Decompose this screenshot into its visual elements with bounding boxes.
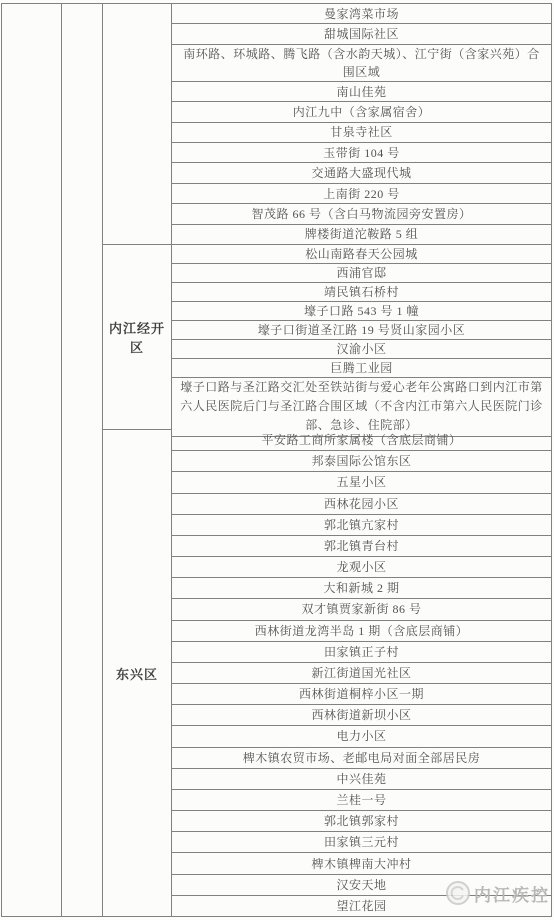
table-row: 椑木镇农贸市场、老邮电局对面全部居民房: [172, 748, 551, 769]
location-column: 曼家湾菜市场甜城国际社区南环路、环城路、腾飞路（含水韵天城）、江宁街（含家兴苑）…: [172, 4, 551, 916]
table-row: 田家镇三元村: [172, 832, 551, 853]
district-column: 内江经开区东兴区: [103, 4, 172, 916]
table-row: 兰桂一号: [172, 790, 551, 811]
table-row: 西林花园小区: [172, 494, 551, 515]
table-row: 龙观小区: [172, 557, 551, 578]
document-page: 内江经开区东兴区 曼家湾菜市场甜城国际社区南环路、环城路、腾飞路（含水韵天城）、…: [0, 0, 554, 920]
table-row: 郭北镇郭家村: [172, 811, 551, 832]
district-cell: 东兴区: [103, 430, 171, 916]
table-row: 智茂路 66 号（含白马物流园旁安置房）: [172, 204, 551, 224]
table-row: 内江九中（含家属宿舍）: [172, 102, 551, 122]
section-row-group: 松山南路春天公园城西浦官邸靖民镇石桥村壕子口路 543 号 1 幢壕子口街道圣江…: [172, 245, 551, 430]
table-row: 西林街道新坝小区: [172, 705, 551, 726]
table-row: 巨腾工业园: [172, 359, 551, 378]
risk-area-table: 内江经开区东兴区 曼家湾菜市场甜城国际社区南环路、环城路、腾飞路（含水韵天城）、…: [1, 3, 552, 917]
table-row: 西林街道桐梓小区一期: [172, 684, 551, 705]
table-row: 望江花园: [172, 896, 551, 916]
table-row: 南环路、环城路、腾飞路（含水韵天城）、江宁街（含家兴苑）合围区域: [172, 45, 551, 82]
table-row: 电力小区: [172, 726, 551, 747]
table-row: 曼家湾菜市场: [172, 4, 551, 24]
table-col-empty-2: [62, 4, 103, 916]
table-row: 上南街 220 号: [172, 184, 551, 204]
district-label: 东兴区: [116, 664, 158, 683]
table-row: 大和新城 2 期: [172, 578, 551, 599]
table-row: 椑木镇椑南大冲村: [172, 853, 551, 874]
table-row: 西林街道龙湾半岛 1 期（含底层商铺）: [172, 621, 551, 642]
section-row-group: 曼家湾菜市场甜城国际社区南环路、环城路、腾飞路（含水韵天城）、江宁街（含家兴苑）…: [172, 4, 551, 245]
table-row: 靖民镇石桥村: [172, 283, 551, 302]
table-row: 五星小区: [172, 472, 551, 493]
table-row: 中兴佳苑: [172, 769, 551, 790]
district-cell: [103, 4, 171, 245]
table-row: 郭北镇亢家村: [172, 515, 551, 536]
table-row: 南山佳苑: [172, 82, 551, 102]
table-row: 新江街道国光社区: [172, 663, 551, 684]
table-row: 甘泉寺社区: [172, 123, 551, 143]
table-row: 汉渝小区: [172, 340, 551, 359]
table-row: 平安路工商所家属楼（含底层商铺）: [172, 430, 551, 451]
district-cell: 内江经开区: [103, 245, 171, 430]
table-col-empty-1: [2, 4, 62, 916]
table-row: 牌楼街道沱鞍路 5 组: [172, 225, 551, 245]
table-row: 玉带街 104 号: [172, 143, 551, 163]
table-row: 双才镇贾家新街 86 号: [172, 599, 551, 620]
table-row: 汉安天地: [172, 875, 551, 896]
district-label: 内江经开区: [103, 318, 171, 356]
table-row: 郭北镇青台村: [172, 536, 551, 557]
table-row: 邦泰国际公馆东区: [172, 451, 551, 472]
section-row-group: 平安路工商所家属楼（含底层商铺）邦泰国际公馆东区五星小区西林花园小区郭北镇亢家村…: [172, 430, 551, 916]
table-row: 交通路大盛现代城: [172, 163, 551, 183]
table-row: 甜城国际社区: [172, 24, 551, 44]
table-row: 松山南路春天公园城: [172, 245, 551, 264]
table-row: 西浦官邸: [172, 264, 551, 283]
table-row: 壕子口路 543 号 1 幢: [172, 302, 551, 321]
table-row: 壕子口路与圣江路交汇处至铁站街与爱心老年公寓路口到内江市第六人民医院后门与圣江路…: [172, 378, 551, 437]
table-row: 田家镇正子村: [172, 642, 551, 663]
table-row: 壕子口街道圣江路 19 号贤山家园小区: [172, 321, 551, 340]
